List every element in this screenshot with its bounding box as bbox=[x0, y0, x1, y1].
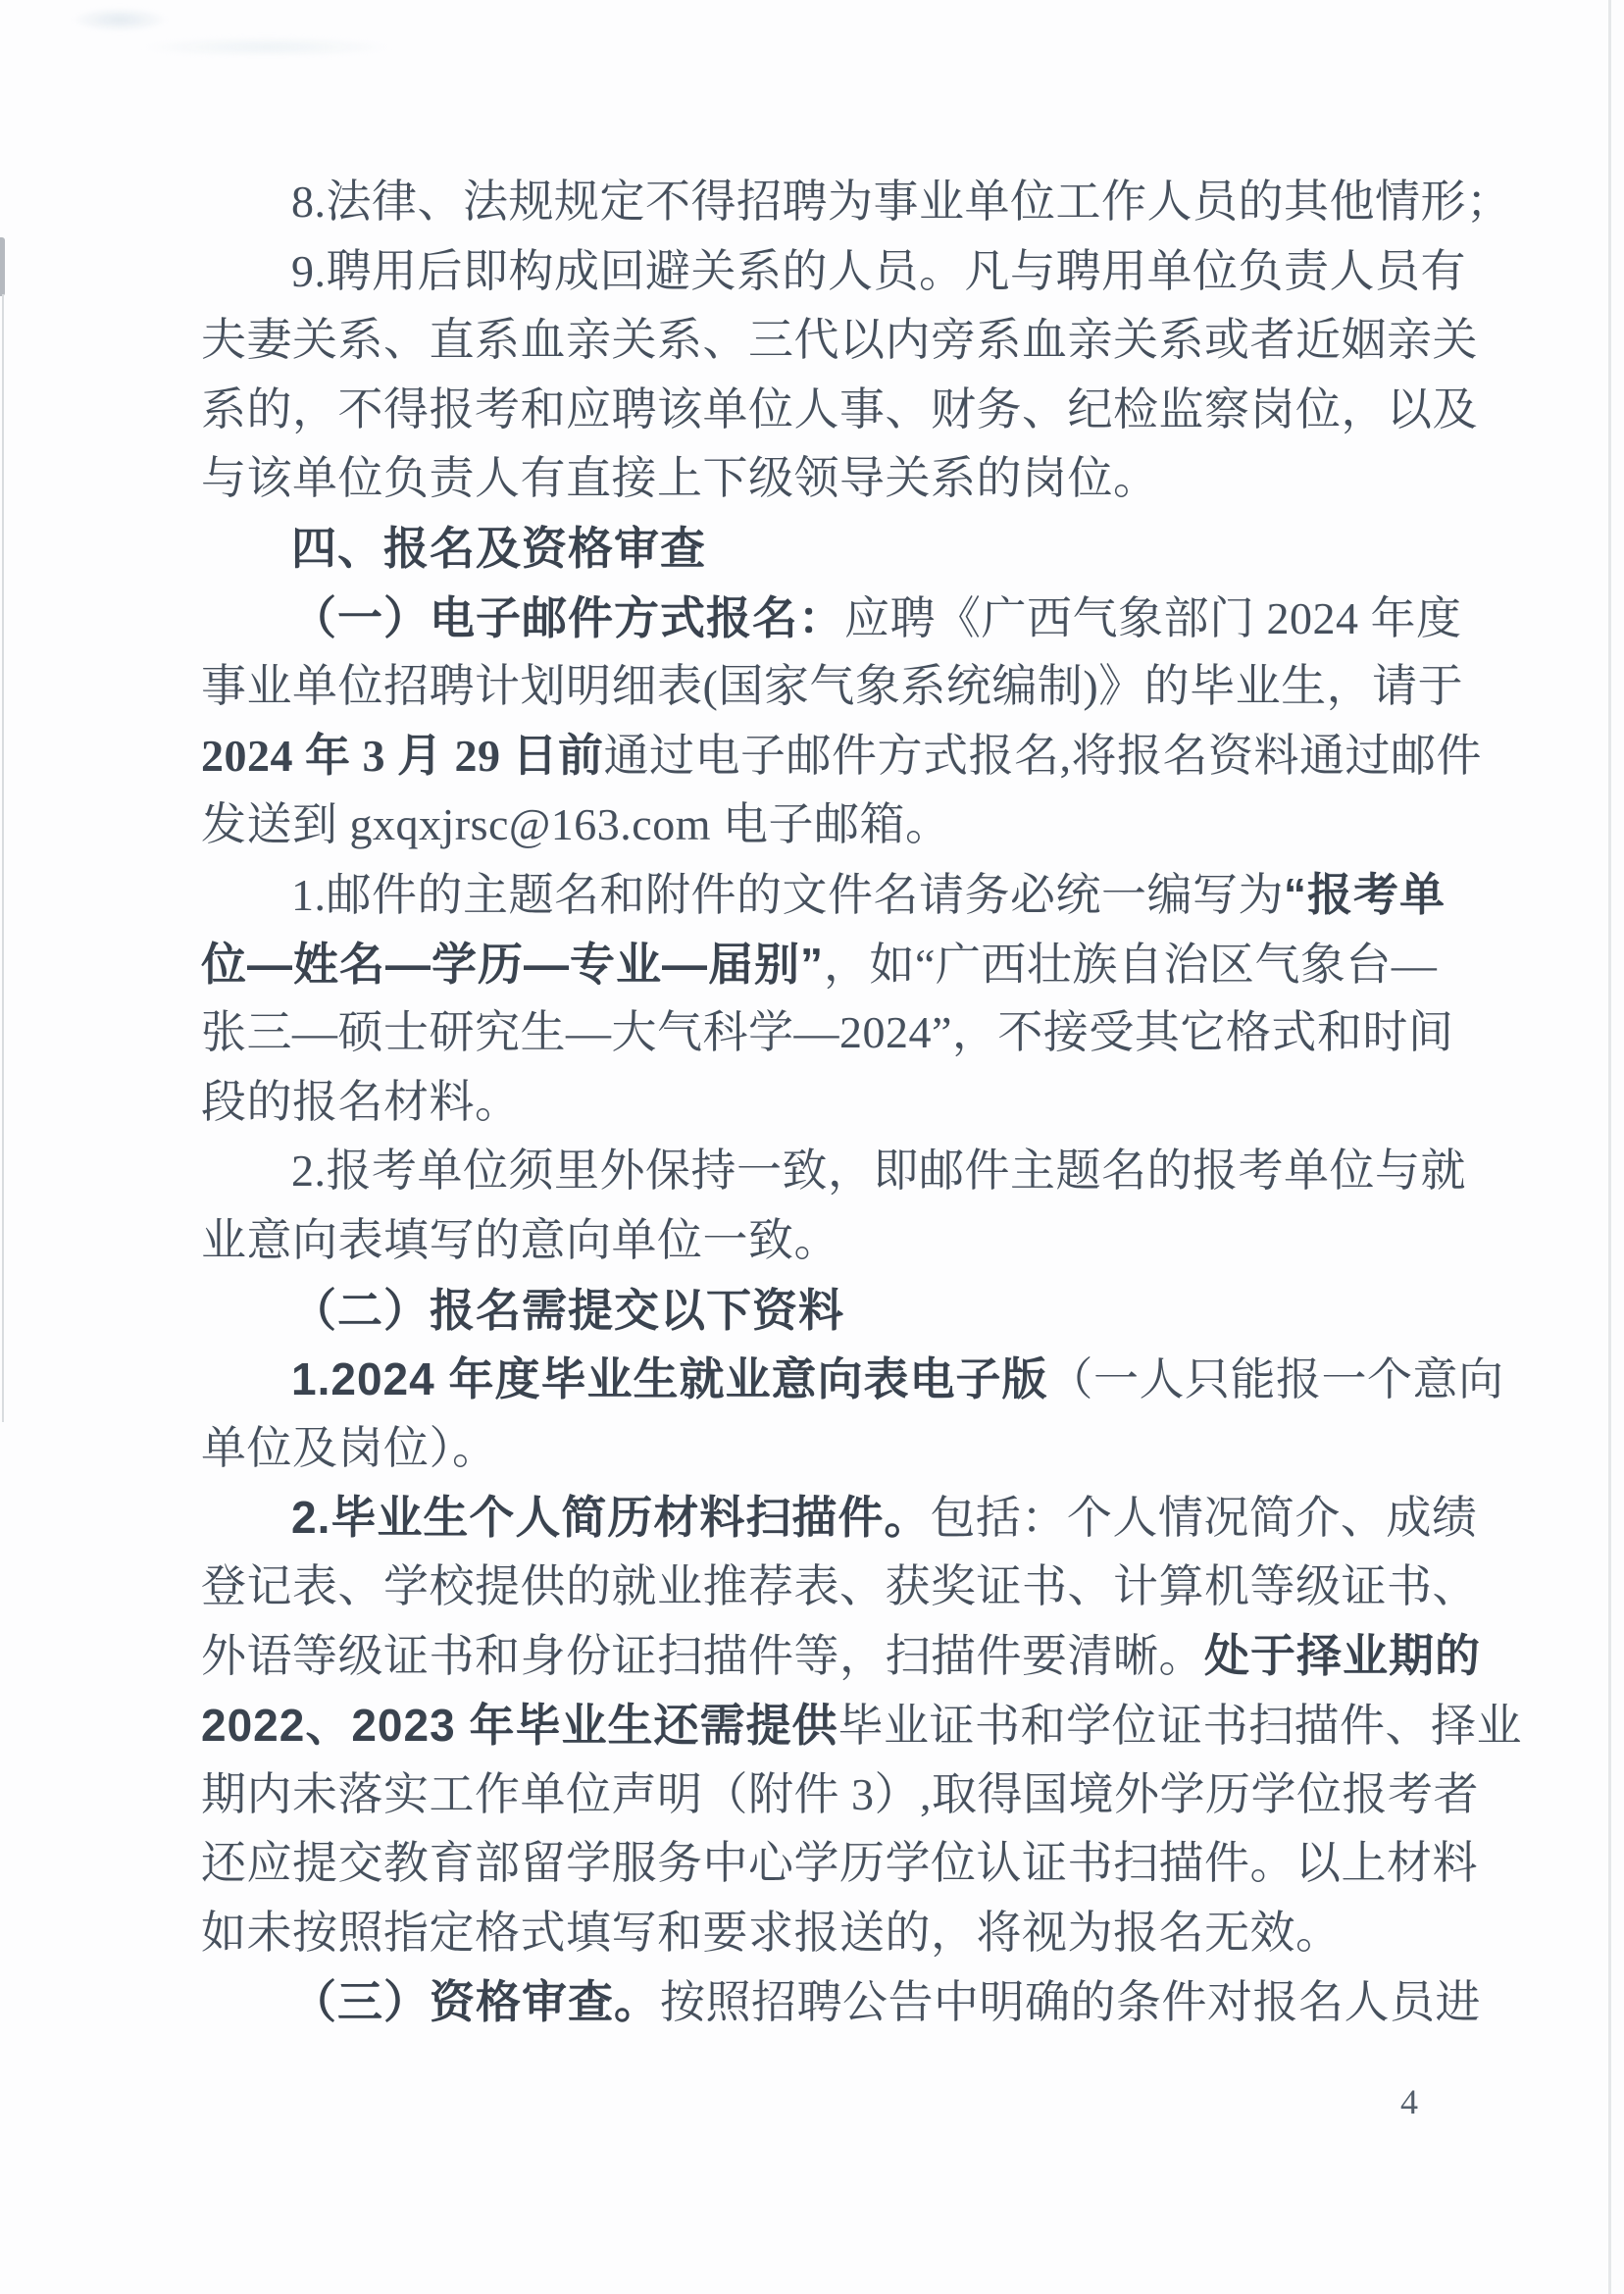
text-segment: 通过电子邮件方式报名,将报名资料通过邮件 bbox=[604, 731, 1483, 781]
text-segment: （三）资格审查。 bbox=[291, 1976, 660, 2027]
text-line: 段的报名材料。 bbox=[201, 1068, 1423, 1138]
text-line: 位—姓名—学历—专业—届别”，如“广西壮族自治区气象台— bbox=[201, 930, 1423, 999]
text-segment: 处于择业期的 bbox=[1204, 1630, 1481, 1681]
text-segment: 系的，不得报考和应聘该单位人事、财务、纪检监察岗位，以及 bbox=[201, 384, 1478, 434]
text-line: 张三—硕士研究生—大气科学—2024”，不接受其它格式和时间 bbox=[201, 998, 1423, 1068]
text-segment: 段的报名材料。 bbox=[201, 1077, 521, 1127]
text-segment: 位—姓名—学历—专业—届别” bbox=[201, 939, 824, 990]
text-line: 与该单位负责人有直接上下级领导关系的岗位。 bbox=[201, 444, 1423, 514]
text-segment: 包括：个人情况简介、成绩 bbox=[930, 1493, 1477, 1543]
text-line: 系的，不得报考和应聘该单位人事、财务、纪检监察岗位，以及 bbox=[201, 376, 1423, 445]
document-body: 8.法律、法规规定不得招聘为事业单位工作人员的其他情形；9.聘用后即构成回避关系… bbox=[201, 168, 1423, 2037]
text-segment: 与该单位负责人有直接上下级领导关系的岗位。 bbox=[201, 453, 1159, 503]
text-line: 如未按照指定格式填写和要求报送的，将视为报名无效。 bbox=[201, 1899, 1423, 1968]
text-line: 2022、2023 年毕业生还需提供毕业证书和学位证书扫描件、择业 bbox=[201, 1691, 1423, 1760]
text-line: 9.聘用后即构成回避关系的人员。凡与聘用单位负责人员有 bbox=[201, 237, 1423, 307]
text-segment: 外语等级证书和身份证扫描件等，扫描件要清晰。 bbox=[201, 1631, 1204, 1681]
text-segment: 如未按照指定格式填写和要求报送的，将视为报名无效。 bbox=[201, 1908, 1342, 1958]
text-line: 发送到 gxqxjrsc@163.com 电子邮箱。 bbox=[201, 790, 1423, 860]
text-segment: 2.报考单位须里外保持一致，即邮件主题名的报考单位与就 bbox=[291, 1146, 1466, 1196]
text-line: （一）电子邮件方式报名：应聘《广西气象部门 2024 年度 bbox=[201, 584, 1423, 653]
left-edge-scan-line bbox=[2, 294, 4, 1422]
text-segment: 张三—硕士研究生—大气科学—2024”，不接受其它格式和时间 bbox=[201, 1007, 1453, 1057]
text-segment: 毕业证书和学位证书扫描件、择业 bbox=[837, 1701, 1522, 1751]
text-line: 还应提交教育部留学服务中心学历学位认证书扫描件。以上材料 bbox=[201, 1829, 1423, 1899]
text-line: 外语等级证书和身份证扫描件等，扫描件要清晰。处于择业期的 bbox=[201, 1621, 1423, 1691]
text-line: 事业单位招聘计划明细表(国家气象系统编制)》的毕业生，请于 bbox=[201, 652, 1423, 722]
text-segment: 还应提交教育部留学服务中心学历学位认证书扫描件。以上材料 bbox=[201, 1838, 1478, 1888]
text-segment: ，如“广西壮族自治区气象台— bbox=[824, 940, 1437, 990]
text-line: 四、报名及资格审查 bbox=[201, 514, 1423, 584]
text-line: 1.2024 年度毕业生就业意向表电子版（一人只能报一个意向 bbox=[201, 1345, 1423, 1414]
text-line: 1.邮件的主题名和附件的文件名请务必统一编写为“报考单 bbox=[201, 860, 1423, 930]
text-line: 业意向表填写的意向单位一致。 bbox=[201, 1206, 1423, 1276]
text-line: 2024 年 3 月 29 日前通过电子邮件方式报名,将报名资料通过邮件 bbox=[201, 722, 1423, 791]
text-segment: 按照招聘公告中明确的条件对报名人员进 bbox=[660, 1977, 1481, 2027]
text-line: 登记表、学校提供的就业推荐表、获奖证书、计算机等级证书、 bbox=[201, 1553, 1423, 1622]
text-segment: 登记表、学校提供的就业推荐表、获奖证书、计算机等级证书、 bbox=[201, 1561, 1478, 1611]
text-line: 2.毕业生个人简历材料扫描件。包括：个人情况简介、成绩 bbox=[201, 1483, 1423, 1553]
text-line: 期内未落实工作单位声明（附件 3）,取得国境外学历学位报考者 bbox=[201, 1760, 1423, 1830]
text-segment: 应聘《广西气象部门 2024 年度 bbox=[844, 593, 1462, 643]
text-segment: 夫妻关系、直系血亲关系、三代以内旁系血亲关系或者近姻亲关 bbox=[201, 315, 1478, 365]
text-segment: 2.毕业生个人简历材料扫描件。 bbox=[291, 1492, 930, 1543]
text-line: 2.报考单位须里外保持一致，即邮件主题名的报考单位与就 bbox=[201, 1137, 1423, 1206]
text-line: （三）资格审查。按照招聘公告中明确的条件对报名人员进 bbox=[201, 1967, 1423, 2037]
text-segment: （二）报名需提交以下资料 bbox=[291, 1285, 844, 1336]
text-line: 单位及岗位）。 bbox=[201, 1414, 1423, 1484]
text-line: （二）报名需提交以下资料 bbox=[201, 1276, 1423, 1346]
left-edge-scan-mark bbox=[0, 237, 5, 296]
right-edge-scan-line bbox=[1608, 0, 1611, 2294]
text-segment: 1.2024 年度毕业生就业意向表电子版 bbox=[291, 1353, 1047, 1404]
text-segment: 业意向表填写的意向单位一致。 bbox=[201, 1215, 839, 1265]
text-segment: 9.聘用后即构成回避关系的人员。凡与聘用单位负责人员有 bbox=[291, 246, 1466, 296]
scan-smudge-artifact bbox=[51, 4, 424, 55]
text-line: 夫妻关系、直系血亲关系、三代以内旁系血亲关系或者近姻亲关 bbox=[201, 306, 1423, 376]
page-number: 4 bbox=[1400, 2081, 1418, 2122]
text-segment: 期内未落实工作单位声明（附件 3）,取得国境外学历学位报考者 bbox=[201, 1769, 1479, 1819]
text-segment: “报考单 bbox=[1284, 869, 1446, 920]
text-segment: 2024 年 3 月 29 日前 bbox=[201, 731, 604, 781]
scanned-document-page: 8.法律、法规规定不得招聘为事业单位工作人员的其他情形；9.聘用后即构成回避关系… bbox=[0, 0, 1624, 2294]
text-segment: 发送到 gxqxjrsc@163.com 电子邮箱。 bbox=[201, 799, 950, 849]
text-segment: 事业单位招聘计划明细表(国家气象系统编制)》的毕业生，请于 bbox=[201, 661, 1463, 711]
text-segment: （一人只能报一个意向 bbox=[1047, 1354, 1503, 1404]
text-segment: 8.法律、法规规定不得招聘为事业单位工作人员的其他情形； bbox=[291, 177, 1512, 227]
text-segment: （一）电子邮件方式报名： bbox=[291, 592, 844, 643]
text-segment: 1.邮件的主题名和附件的文件名请务必统一编写为 bbox=[291, 870, 1284, 920]
text-segment: 2022、2023 年毕业生还需提供 bbox=[201, 1700, 837, 1751]
text-segment: 四、报名及资格审查 bbox=[291, 523, 706, 574]
text-line: 8.法律、法规规定不得招聘为事业单位工作人员的其他情形； bbox=[201, 168, 1423, 237]
text-segment: 单位及岗位）。 bbox=[201, 1423, 498, 1473]
